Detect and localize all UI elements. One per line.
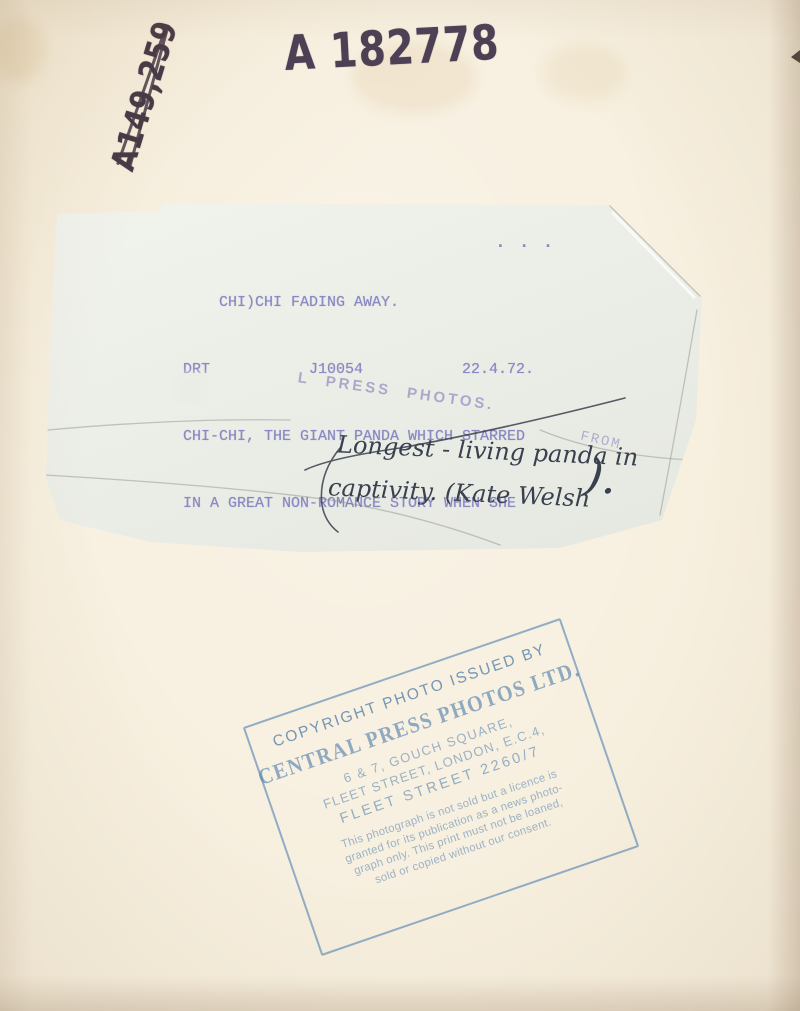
archive-number-handwritten: A 182778 [283, 15, 501, 82]
paper-stain [542, 44, 626, 102]
caption-slip: CHI)CHI FADING AWAY. DRT J10054 22.4.72.… [45, 203, 703, 555]
